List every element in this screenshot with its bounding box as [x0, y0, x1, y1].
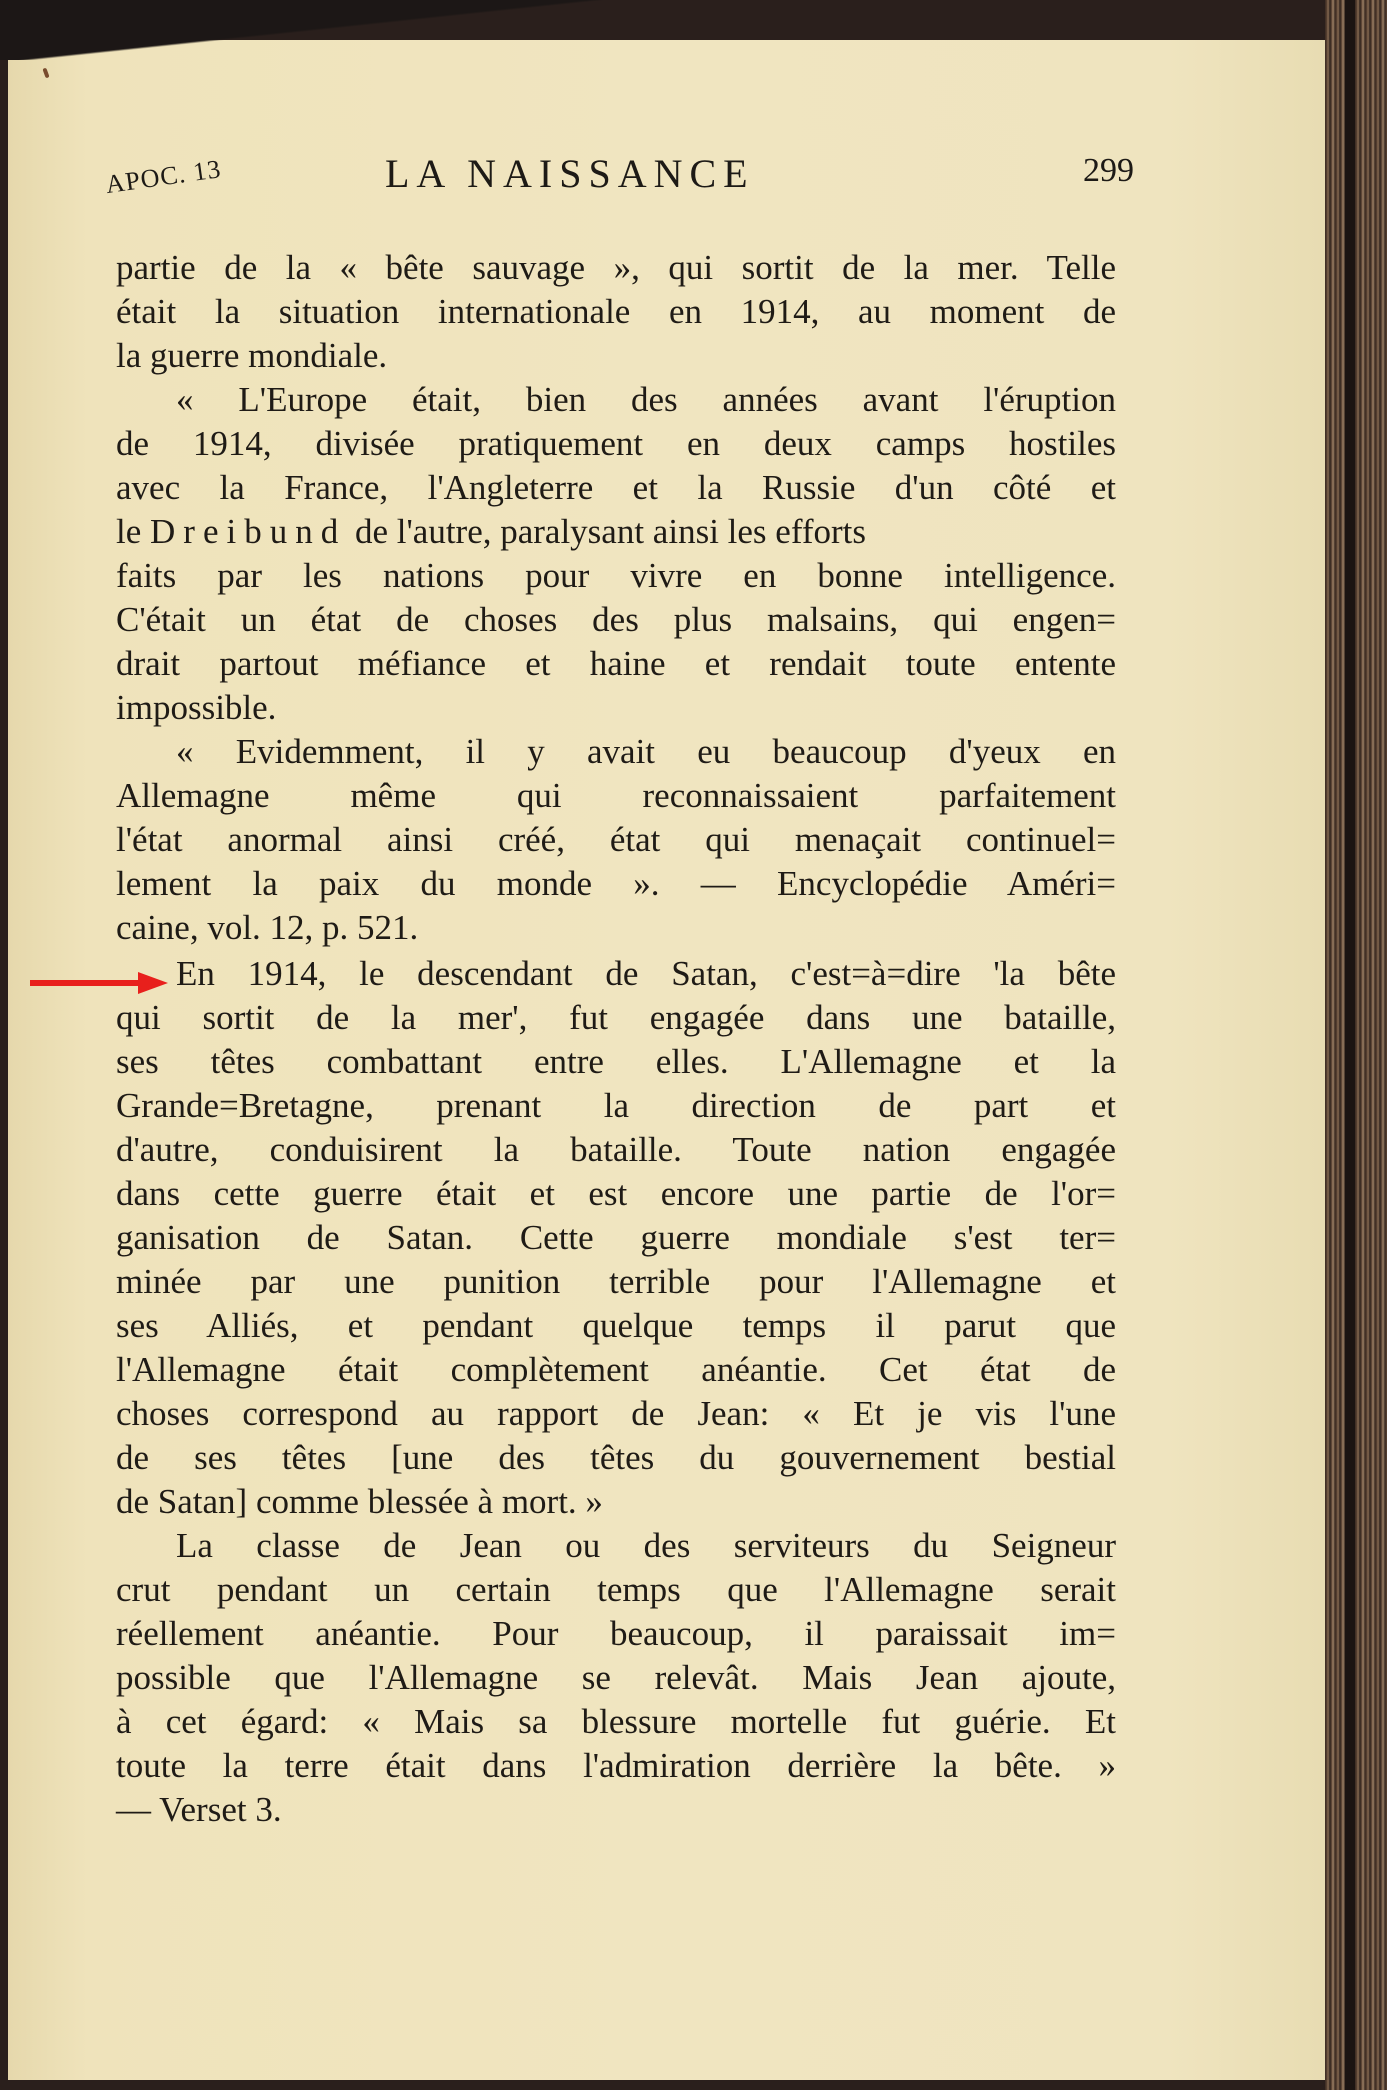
- text-line: ganisation de Satan. Cette guerre mondia…: [116, 1218, 1116, 1258]
- text-line: « L'Europe était, bien des années avant …: [176, 380, 1116, 420]
- text-line: Grande=Bretagne, prenant la direction de…: [116, 1086, 1116, 1126]
- text-line: La classe de Jean ou des serviteurs du S…: [176, 1526, 1116, 1566]
- emphasized-word: Dreibund: [150, 512, 346, 551]
- text-line: impossible.: [116, 688, 1116, 728]
- text-line: qui sortit de la mer', fut engagée dans …: [116, 998, 1116, 1038]
- text-line: « Evidemment, il y avait eu beaucoup d'y…: [176, 732, 1116, 772]
- running-head-title: LA NAISSANCE: [385, 150, 755, 197]
- text-line: lement la paix du monde ». — Encyclopédi…: [116, 864, 1116, 904]
- text-line: de 1914, divisée pratiquement en deux ca…: [116, 424, 1116, 464]
- text-line: faits par les nations pour vivre en bonn…: [116, 556, 1116, 596]
- text-line: ses têtes combattant entre elles. L'Alle…: [116, 1042, 1116, 1082]
- text-line: C'était un état de choses des plus malsa…: [116, 600, 1116, 640]
- text-fragment: de l'autre, paralysant ainsi les efforts: [355, 512, 866, 551]
- text-line: Allemagne même qui reconnaissaient parfa…: [116, 776, 1116, 816]
- text-line: de ses têtes [une des têtes du gouvernem…: [116, 1438, 1116, 1478]
- text-line: partie de la « bête sauvage », qui sorti…: [116, 248, 1116, 288]
- text-line: toute la terre était dans l'admiration d…: [116, 1746, 1116, 1786]
- text-line: minée par une punition terrible pour l'A…: [116, 1262, 1116, 1302]
- text-line: — Verset 3.: [116, 1790, 1116, 1830]
- text-line: était la situation internationale en 191…: [116, 292, 1116, 332]
- text-line: possible que l'Allemagne se relevât. Mai…: [116, 1658, 1116, 1698]
- text-line: ses Alliés, et pendant quelque temps il …: [116, 1306, 1116, 1346]
- text-line: la guerre mondiale.: [116, 336, 1116, 376]
- red-arrow-right-icon: [30, 972, 168, 994]
- text-line-dreibund: le Dreibund de l'autre, paralysant ainsi…: [116, 512, 1116, 552]
- text-line: dans cette guerre était et est encore un…: [116, 1174, 1116, 1214]
- text-line: l'Allemagne était complètement anéantie.…: [116, 1350, 1116, 1390]
- text-line: avec la France, l'Angleterre et la Russi…: [116, 468, 1116, 508]
- text-line: l'état anormal ainsi créé, état qui mena…: [116, 820, 1116, 860]
- book-page-edges: [1325, 0, 1387, 2090]
- text-fragment: le: [116, 512, 141, 551]
- page-number: 299: [1083, 152, 1134, 190]
- text-line: d'autre, conduisirent la bataille. Toute…: [116, 1130, 1116, 1170]
- text-line: réellement anéantie. Pour beaucoup, il p…: [116, 1614, 1116, 1654]
- text-line: caine, vol. 12, p. 521.: [116, 908, 1116, 948]
- text-line: crut pendant un certain temps que l'Alle…: [116, 1570, 1116, 1610]
- text-line: choses correspond au rapport de Jean: « …: [116, 1394, 1116, 1434]
- text-line: de Satan] comme blessée à mort. »: [116, 1482, 1116, 1522]
- text-line: à cet égard: « Mais sa blessure mortelle…: [116, 1702, 1116, 1742]
- text-line-highlighted: En 1914, le descendant de Satan, c'est=à…: [176, 954, 1116, 994]
- text-line: drait partout méfiance et haine et renda…: [116, 644, 1116, 684]
